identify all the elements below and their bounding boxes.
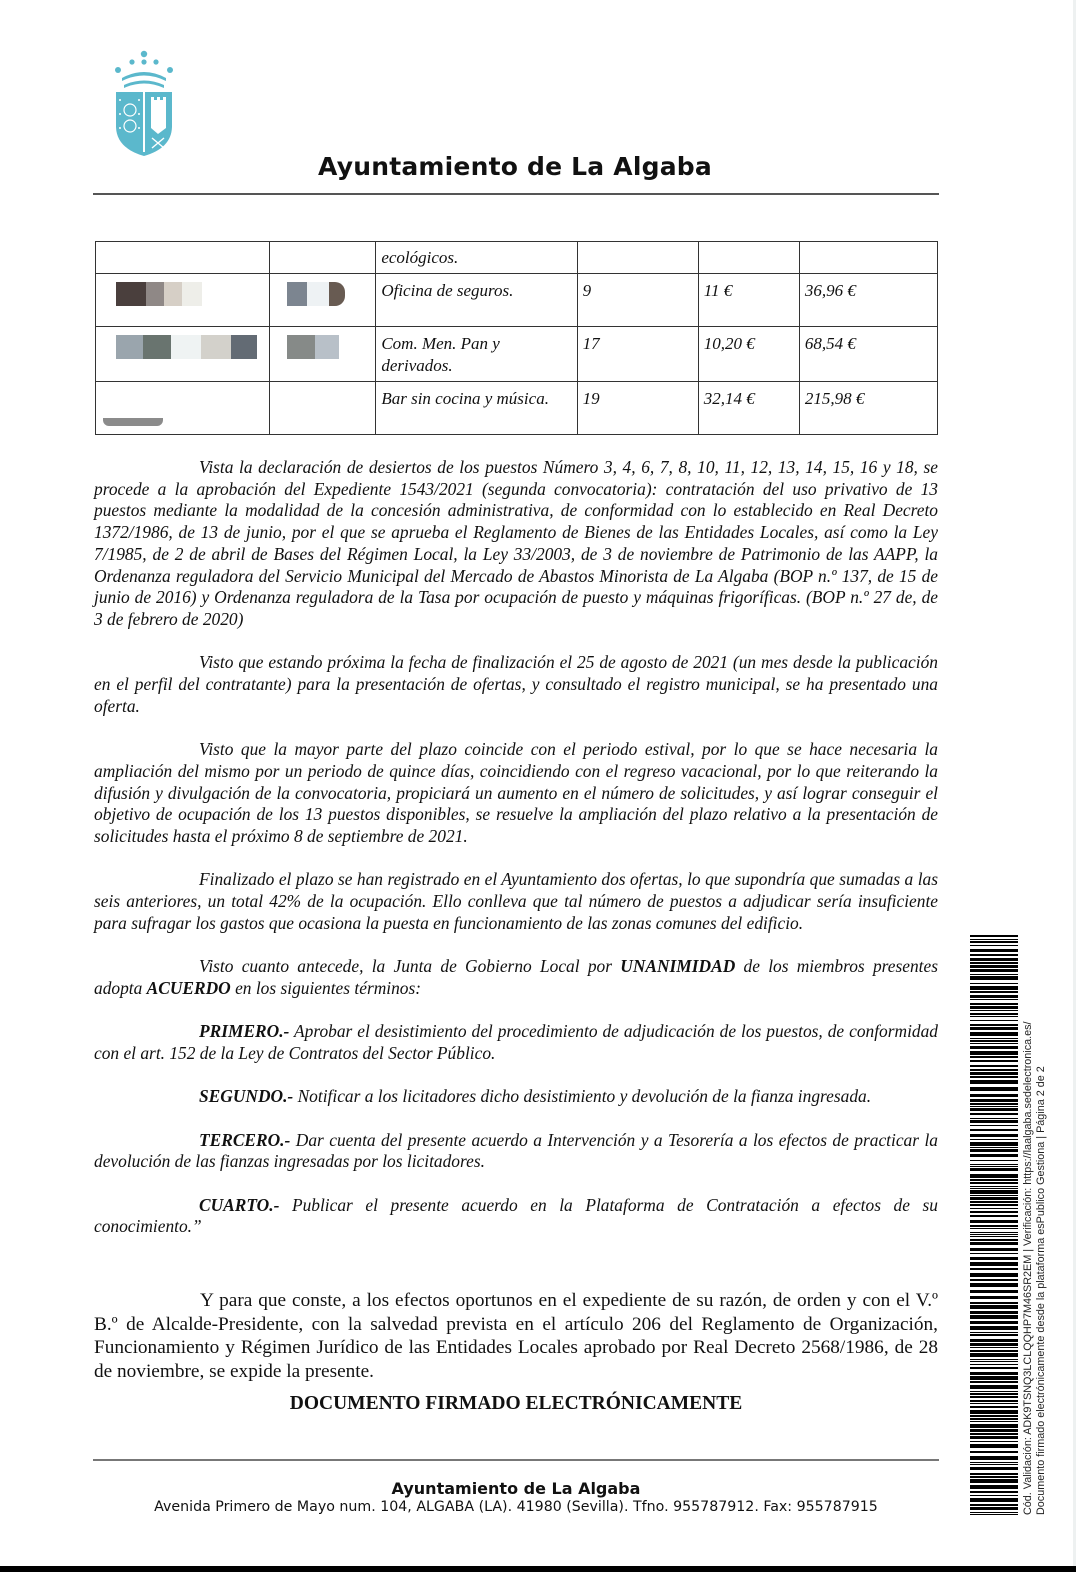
cell-name-redacted (96, 327, 270, 382)
cell-activity: Com. Men. Pan y derivados. (376, 327, 577, 382)
redacted-block (101, 280, 264, 320)
cell-total: 68,54 € (799, 327, 937, 382)
table-row: Oficina de seguros. 9 11 € 36,96 € (96, 274, 938, 327)
paragraph-ampliacion: Visto que la mayor parte del plazo coinc… (94, 739, 938, 848)
cell-activity: Bar sin cocina y música. (376, 382, 577, 435)
cell-activity: Oficina de seguros. (376, 274, 577, 327)
redacted-block (275, 333, 370, 373)
coat-of-arms-icon (112, 48, 176, 158)
redacted-block (101, 333, 264, 373)
signed-notice: DOCUMENTO FIRMADO ELECTRÓNICAMENTE (0, 1393, 1032, 1415)
table-row: Com. Men. Pan y derivados. 17 10,20 € 68… (96, 327, 938, 382)
verification-code-line: Cód. Validación: ADK9TSNQ3LCLQQHP7M46SR2… (1022, 995, 1035, 1515)
paragraph-plazo: Visto que estando próxima la fecha de fi… (94, 652, 938, 717)
acuerdo-text: ACUERDO (147, 978, 231, 998)
paragraph-ofertas: Finalizado el plazo se han registrado en… (94, 869, 938, 934)
footer-divider (93, 1459, 939, 1461)
body-text: Vista la declaración de desiertos de los… (94, 457, 938, 1260)
table-row: ecológicos. (96, 242, 938, 274)
cell-number: 19 (577, 382, 698, 435)
cell-number: 17 (577, 327, 698, 382)
cell-price (698, 242, 799, 274)
unanimidad-text: UNANIMIDAD (620, 956, 735, 976)
cell-number: 9 (577, 274, 698, 327)
cell-price: 10,20 € (698, 327, 799, 382)
cell-id (270, 242, 376, 274)
barcode-icon (970, 935, 1018, 1515)
cell-price: 32,14 € (698, 382, 799, 435)
redacted-block (101, 388, 264, 428)
resolution-primero: PRIMERO.- Aprobar el desistimiento del p… (94, 1021, 938, 1064)
footer-title: Ayuntamiento de La Algaba (0, 1479, 1032, 1498)
resolution-cuarto: CUARTO.- Publicar el presente acuerdo en… (94, 1195, 938, 1238)
cell-activity: ecológicos. (376, 242, 577, 274)
closing-paragraph: Y para que conste, a los efectos oportun… (94, 1289, 938, 1383)
puestos-table: ecológicos. Oficina de seguros. 9 11 € 3… (95, 241, 938, 435)
cell-id-redacted (270, 327, 376, 382)
cell-name-redacted (96, 382, 270, 435)
header-divider (93, 193, 939, 195)
cell-number (577, 242, 698, 274)
footer-address: Avenida Primero de Mayo num. 104, ALGABA… (0, 1499, 1032, 1515)
cell-total: 36,96 € (799, 274, 937, 327)
cell-name (96, 242, 270, 274)
cell-price: 11 € (698, 274, 799, 327)
paragraph-desiertos: Vista la declaración de desiertos de los… (94, 457, 938, 631)
cell-total: 215,98 € (799, 382, 937, 435)
redacted-block (275, 280, 370, 320)
cell-total (799, 242, 937, 274)
cell-name-redacted (96, 274, 270, 327)
verification-text: Cód. Validación: ADK9TSNQ3LCLQQHP7M46SR2… (1022, 995, 1054, 1515)
table-row: Bar sin cocina y música. 19 32,14 € 215,… (96, 382, 938, 435)
verification-platform-line: Documento firmado electrónicamente desde… (1035, 995, 1048, 1515)
resolution-tercero: TERCERO.- Dar cuenta del presente acuerd… (94, 1130, 938, 1173)
header-title: Ayuntamiento de La Algaba (0, 152, 1030, 181)
paragraph-acuerdo: Visto cuanto antecede, la Junta de Gobie… (94, 956, 938, 999)
cell-id-redacted (270, 382, 376, 435)
closing-text: Y para que conste, a los efectos oportun… (94, 1289, 938, 1383)
bottom-edge (0, 1566, 1076, 1572)
resolution-segundo: SEGUNDO.- Notificar a los licitadores di… (94, 1086, 938, 1108)
cell-id-redacted (270, 274, 376, 327)
